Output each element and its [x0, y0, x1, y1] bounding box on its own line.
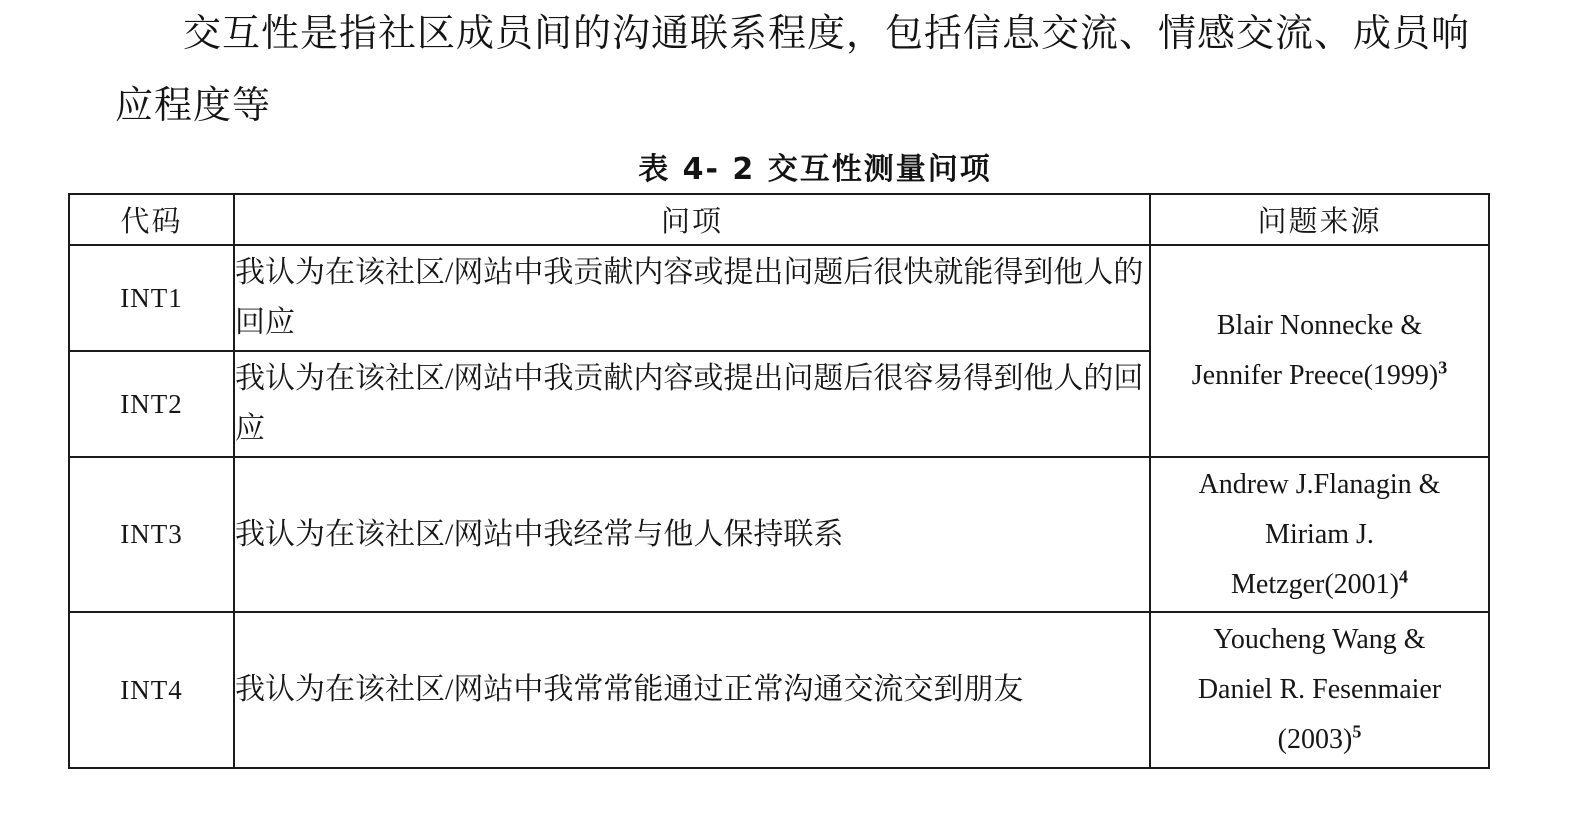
header-code: 代码 [69, 194, 234, 245]
code-cell-int2: INT2 [69, 351, 234, 457]
source-cell-int1-int2: Blair Nonnecke & Jennifer Preece(1999)3 [1150, 245, 1489, 457]
source-line: Jennifer Preece(1999)3 [1151, 351, 1488, 401]
code-cell-int1: INT1 [69, 245, 234, 351]
source-cell-int4: Youcheng Wang & Daniel R. Fesenmaier (20… [1150, 612, 1489, 768]
footnote-superscript: 3 [1438, 358, 1447, 378]
paragraph-line-2: 应程度等 [115, 70, 1555, 142]
table-row-int1: INT1 我认为在该社区/网站中我贡献内容或提出问题后很快就能得到他人的回应 B… [69, 245, 1489, 351]
code-cell-int4: INT4 [69, 612, 234, 768]
source-line: Blair Nonnecke & [1151, 301, 1488, 351]
source-line-text: Metzger(2001) [1231, 569, 1399, 600]
item-cell-int2: 我认为在该社区/网站中我贡献内容或提出问题后很容易得到他人的回应 [234, 351, 1150, 457]
source-line: Metzger(2001)4 [1151, 560, 1488, 610]
item-cell-int1: 我认为在该社区/网站中我贡献内容或提出问题后很快就能得到他人的回应 [234, 245, 1150, 351]
code-cell-int3: INT3 [69, 457, 234, 612]
source-line-text: (2003) [1278, 724, 1353, 755]
footnote-superscript: 5 [1352, 722, 1361, 742]
source-line: Miriam J. [1151, 510, 1488, 560]
paragraph-line-1: 交互性是指社区成员间的沟通联系程度，包括信息交流、情感交流、成员响 [115, 0, 1555, 70]
header-item: 问项 [234, 194, 1150, 245]
measurement-items-table: 代码 问项 问题来源 INT1 我认为在该社区/网站中我贡献内容或提出问题后很快… [68, 193, 1490, 769]
source-line: Andrew J.Flanagin & [1151, 460, 1488, 510]
header-source: 问题来源 [1150, 194, 1489, 245]
table-row-int3: INT3 我认为在该社区/网站中我经常与他人保持联系 Andrew J.Flan… [69, 457, 1489, 612]
intro-paragraph: 交互性是指社区成员间的沟通联系程度，包括信息交流、情感交流、成员响 应程度等 [115, 0, 1555, 142]
source-line: (2003)5 [1151, 715, 1488, 765]
table-row-int4: INT4 我认为在该社区/网站中我常常能通过正常沟通交流交到朋友 Youchen… [69, 612, 1489, 768]
source-line: Youcheng Wang & [1151, 615, 1488, 665]
document-page: 交互性是指社区成员间的沟通联系程度，包括信息交流、情感交流、成员响 应程度等 表… [0, 0, 1580, 820]
source-cell-int3: Andrew J.Flanagin & Miriam J. Metzger(20… [1150, 457, 1489, 612]
footnote-superscript: 4 [1399, 566, 1408, 586]
item-cell-int3: 我认为在该社区/网站中我经常与他人保持联系 [234, 457, 1150, 612]
source-line: Daniel R. Fesenmaier [1151, 665, 1488, 715]
source-line-text: Jennifer Preece(1999) [1192, 360, 1438, 391]
table-caption: 表 4- 2 交互性测量问项 [35, 144, 1580, 188]
table-header-row: 代码 问项 问题来源 [69, 194, 1489, 245]
item-cell-int4: 我认为在该社区/网站中我常常能通过正常沟通交流交到朋友 [234, 612, 1150, 768]
